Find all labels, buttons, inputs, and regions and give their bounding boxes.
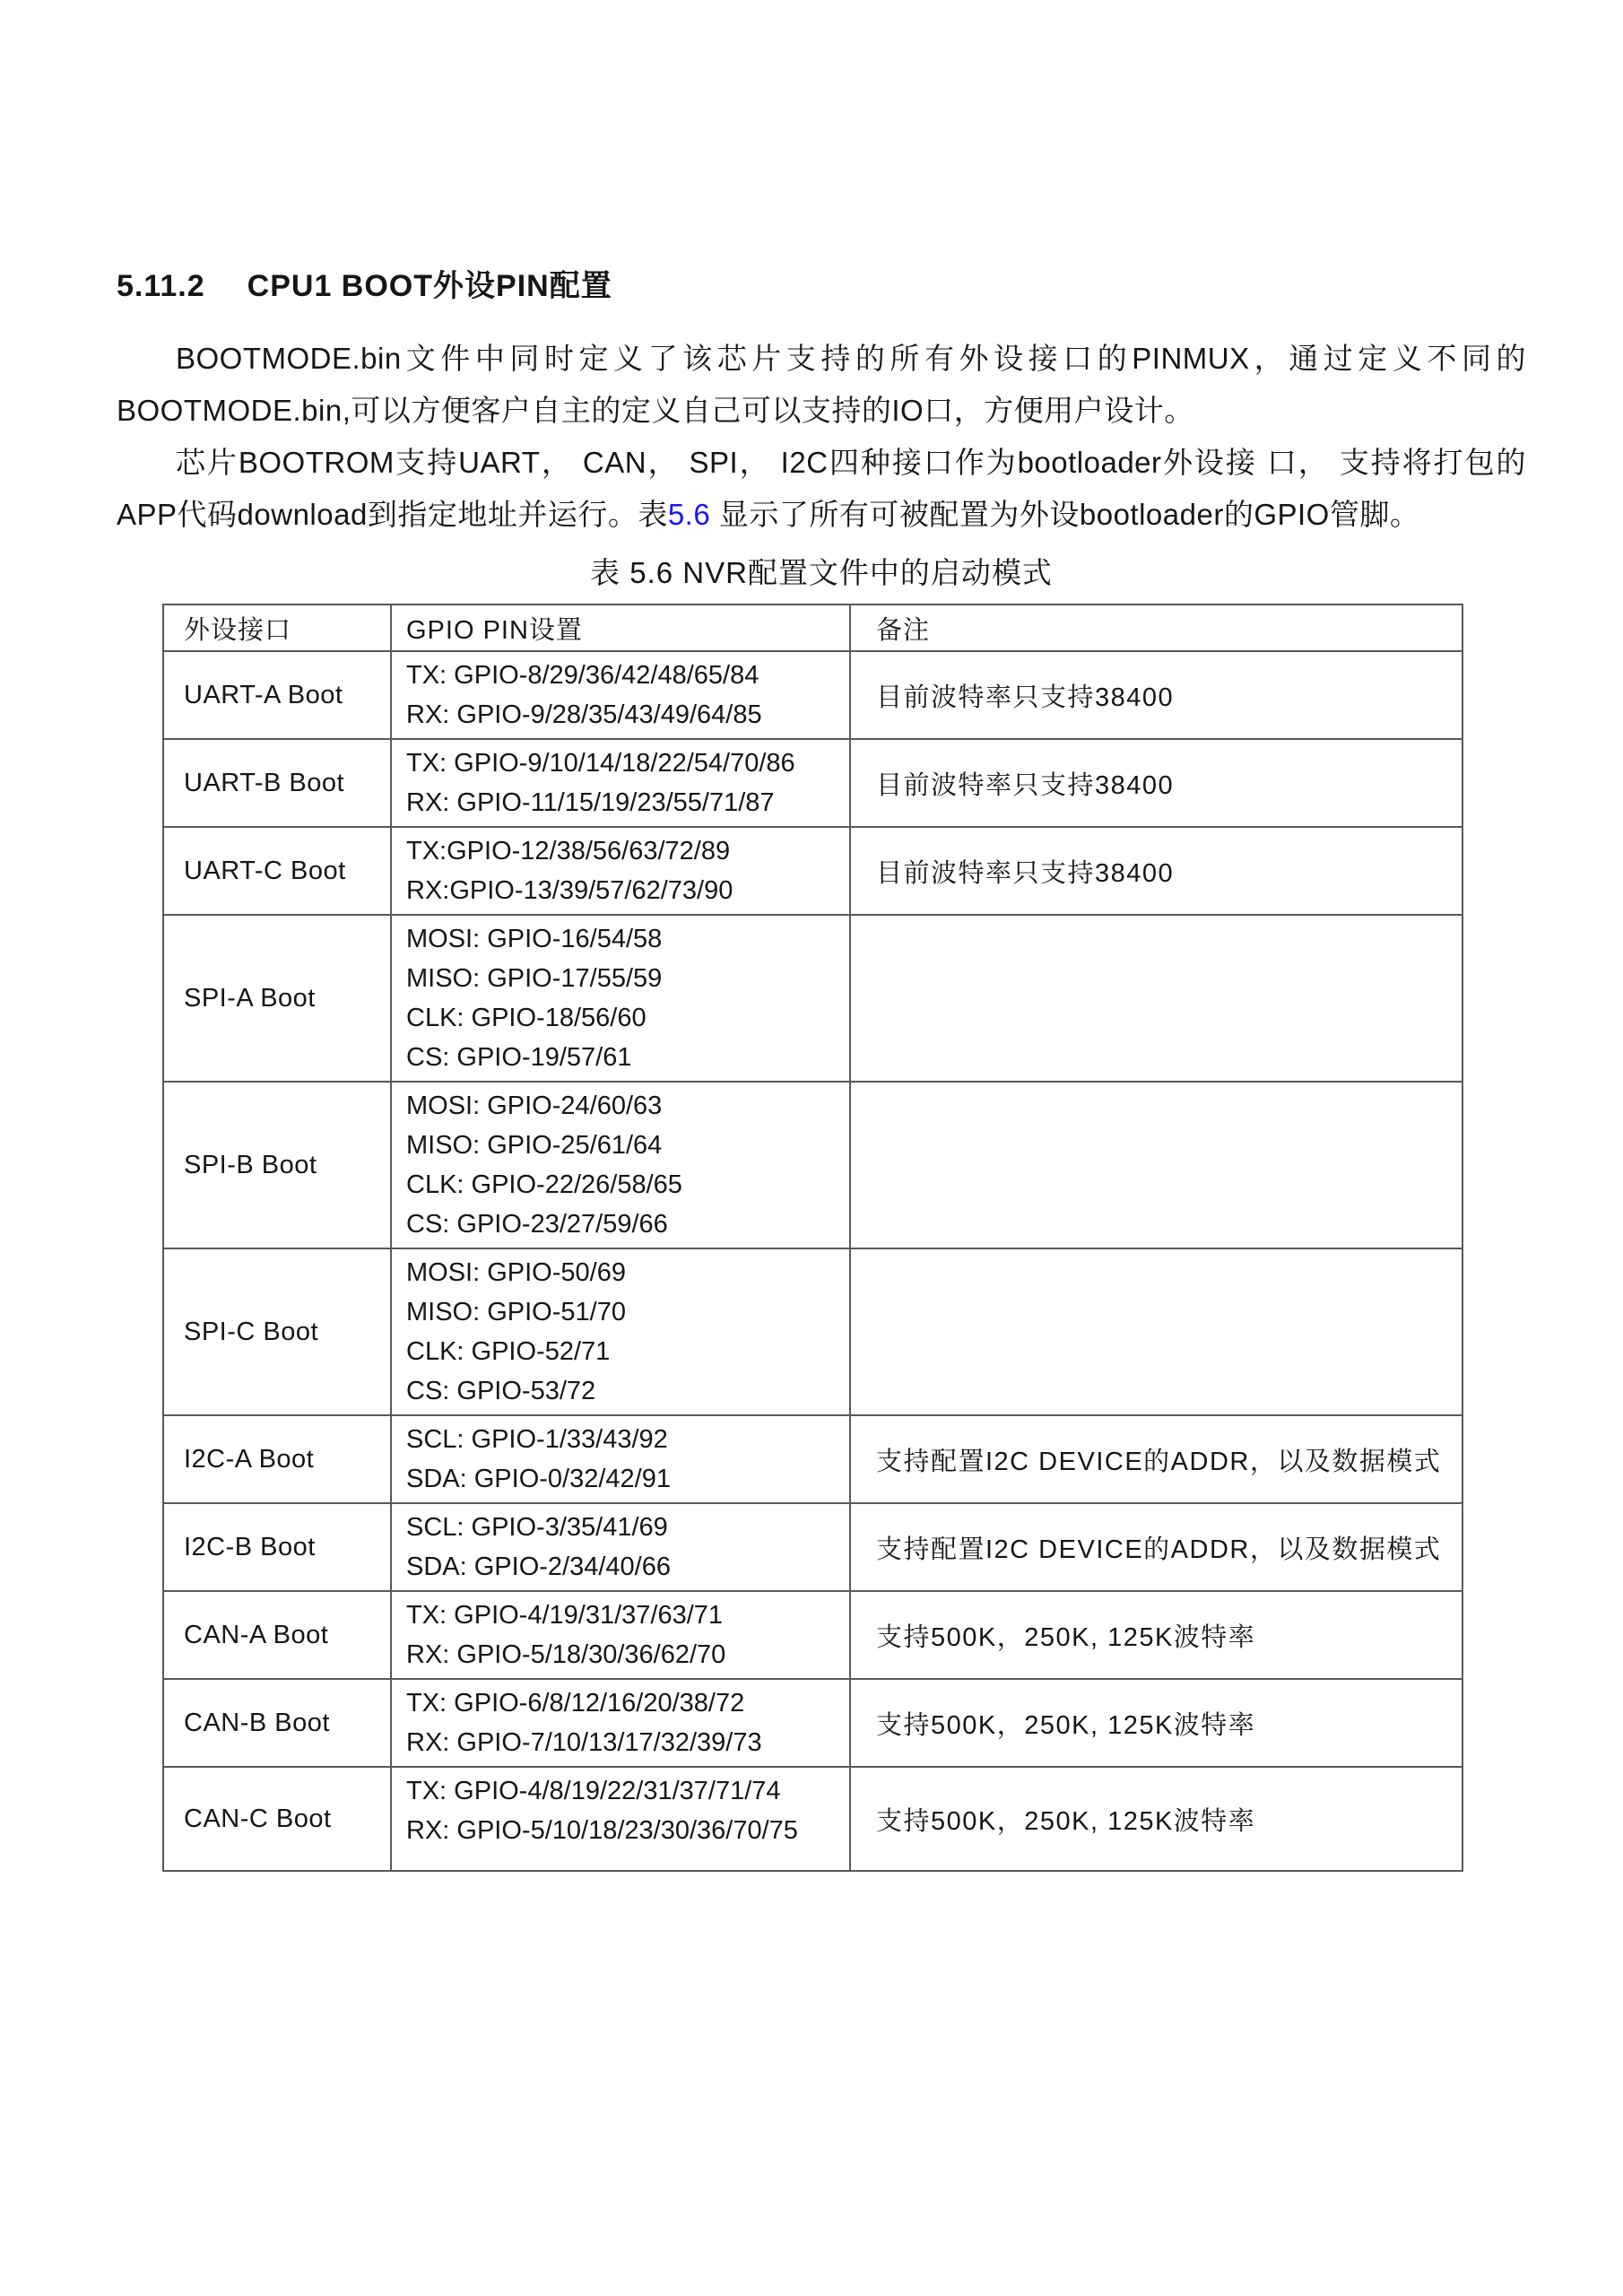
pin-line: CS: GPIO-19/57/61: [406, 1038, 849, 1077]
cell-pins: TX: GPIO-9/10/14/18/22/54/70/86RX: GPIO-…: [391, 739, 850, 827]
table-row: CAN-A BootTX: GPIO-4/19/31/37/63/71RX: G…: [163, 1591, 1462, 1679]
pin-line: TX: GPIO-4/8/19/22/31/37/71/74: [406, 1771, 849, 1811]
pin-line: MOSI: GPIO-50/69: [406, 1253, 849, 1292]
pin-line: MISO: GPIO-25/61/64: [406, 1126, 849, 1165]
pin-line: SDA: GPIO-2/34/40/66: [406, 1547, 849, 1587]
table-row: SPI-B BootMOSI: GPIO-24/60/63MISO: GPIO-…: [163, 1082, 1462, 1248]
table-row: CAN-B BootTX: GPIO-6/8/12/16/20/38/72RX:…: [163, 1679, 1462, 1767]
pin-line: SCL: GPIO-1/33/43/92: [406, 1420, 849, 1459]
cell-pins: TX:GPIO-12/38/56/63/72/89RX:GPIO-13/39/5…: [391, 827, 850, 915]
cell-remark: 目前波特率只支持38400: [850, 651, 1462, 739]
table-row: SPI-C BootMOSI: GPIO-50/69MISO: GPIO-51/…: [163, 1248, 1462, 1415]
table-row: CAN-C BootTX: GPIO-4/8/19/22/31/37/71/74…: [163, 1767, 1462, 1871]
paragraph-bootrom-text-after: 显示了所有可被配置为外设bootloader的GPIO管脚。: [710, 498, 1419, 531]
cell-remark: 支持配置I2C DEVICE的ADDR，以及数据模式: [850, 1503, 1462, 1591]
cell-pins: TX: GPIO-4/8/19/22/31/37/71/74RX: GPIO-5…: [391, 1767, 850, 1871]
cell-interface: SPI-C Boot: [163, 1248, 391, 1415]
cell-remark: 支持500K，250K, 125K波特率: [850, 1767, 1462, 1871]
cell-pins: SCL: GPIO-3/35/41/69SDA: GPIO-2/34/40/66: [391, 1503, 850, 1591]
pin-line: CLK: GPIO-22/26/58/65: [406, 1165, 849, 1205]
document-page: 5.11.2 CPU1 BOOT外设PIN配置 BOOTMODE.bin文件中同…: [0, 0, 1623, 2296]
table-row: UART-C BootTX:GPIO-12/38/56/63/72/89RX:G…: [163, 827, 1462, 915]
pin-line: RX: GPIO-11/15/19/23/55/71/87: [406, 783, 849, 822]
header-gpio-pin: GPIO PIN设置: [391, 604, 850, 651]
cell-interface: I2C-A Boot: [163, 1415, 391, 1503]
table-row: UART-B BootTX: GPIO-9/10/14/18/22/54/70/…: [163, 739, 1462, 827]
cell-interface: SPI-A Boot: [163, 915, 391, 1082]
cell-pins: MOSI: GPIO-16/54/58MISO: GPIO-17/55/59CL…: [391, 915, 850, 1082]
table-row: I2C-A BootSCL: GPIO-1/33/43/92SDA: GPIO-…: [163, 1415, 1462, 1503]
pin-line: MOSI: GPIO-24/60/63: [406, 1086, 849, 1126]
pin-line: CLK: GPIO-18/56/60: [406, 998, 849, 1038]
cell-interface: I2C-B Boot: [163, 1503, 391, 1591]
cell-pins: TX: GPIO-8/29/36/42/48/65/84RX: GPIO-9/2…: [391, 651, 850, 739]
cell-remark: [850, 1248, 1462, 1415]
pin-line: CS: GPIO-23/27/59/66: [406, 1205, 849, 1244]
pin-line: TX:GPIO-12/38/56/63/72/89: [406, 831, 849, 871]
pin-line: MISO: GPIO-17/55/59: [406, 959, 849, 998]
pin-line: MISO: GPIO-51/70: [406, 1292, 849, 1332]
paragraph-bootrom: 芯片BOOTROM支持UART， CAN， SPI， I2C四种接口作为boot…: [117, 437, 1526, 541]
cell-remark: [850, 915, 1462, 1082]
cell-interface: UART-C Boot: [163, 827, 391, 915]
pin-line: TX: GPIO-9/10/14/18/22/54/70/86: [406, 744, 849, 783]
header-remark: 备注: [850, 604, 1462, 651]
pin-line: RX: GPIO-5/10/18/23/30/36/70/75: [406, 1811, 849, 1850]
cell-pins: TX: GPIO-4/19/31/37/63/71RX: GPIO-5/18/3…: [391, 1591, 850, 1679]
table-ref-link[interactable]: 5.6: [668, 498, 710, 531]
pin-line: TX: GPIO-4/19/31/37/63/71: [406, 1596, 849, 1635]
page-content: 5.11.2 CPU1 BOOT外设PIN配置 BOOTMODE.bin文件中同…: [0, 0, 1623, 1872]
pin-line: MOSI: GPIO-16/54/58: [406, 919, 849, 959]
pin-line: CLK: GPIO-52/71: [406, 1332, 849, 1371]
pin-line: RX: GPIO-9/28/35/43/49/64/85: [406, 695, 849, 735]
pin-line: SDA: GPIO-0/32/42/91: [406, 1459, 849, 1499]
table-caption: 表 5.6 NVR配置文件中的启动模式: [117, 553, 1526, 593]
table-row: UART-A BootTX: GPIO-8/29/36/42/48/65/84R…: [163, 651, 1462, 739]
cell-pins: TX: GPIO-6/8/12/16/20/38/72RX: GPIO-7/10…: [391, 1679, 850, 1767]
cell-pins: MOSI: GPIO-24/60/63MISO: GPIO-25/61/64CL…: [391, 1082, 850, 1248]
cell-interface: SPI-B Boot: [163, 1082, 391, 1248]
cell-pins: SCL: GPIO-1/33/43/92SDA: GPIO-0/32/42/91: [391, 1415, 850, 1503]
cell-remark: 支持配置I2C DEVICE的ADDR，以及数据模式: [850, 1415, 1462, 1503]
pin-line: RX: GPIO-7/10/13/17/32/39/73: [406, 1723, 849, 1762]
boot-table-body: UART-A BootTX: GPIO-8/29/36/42/48/65/84R…: [163, 651, 1462, 1871]
cell-interface: UART-A Boot: [163, 651, 391, 739]
cell-remark: [850, 1082, 1462, 1248]
section-heading: 5.11.2 CPU1 BOOT外设PIN配置: [117, 266, 1526, 306]
cell-interface: CAN-C Boot: [163, 1767, 391, 1871]
cell-interface: CAN-B Boot: [163, 1679, 391, 1767]
cell-interface: UART-B Boot: [163, 739, 391, 827]
pin-line: TX: GPIO-8/29/36/42/48/65/84: [406, 656, 849, 695]
cell-remark: 目前波特率只支持38400: [850, 827, 1462, 915]
table-row: SPI-A BootMOSI: GPIO-16/54/58MISO: GPIO-…: [163, 915, 1462, 1082]
paragraph-bootmode-text: BOOTMODE.bin文件中同时定义了该芯片支持的所有外设接口的PINMUX，…: [117, 342, 1526, 427]
pin-line: SCL: GPIO-3/35/41/69: [406, 1508, 849, 1547]
cell-remark: 支持500K，250K, 125K波特率: [850, 1679, 1462, 1767]
paragraph-bootmode: BOOTMODE.bin文件中同时定义了该芯片支持的所有外设接口的PINMUX，…: [117, 333, 1526, 437]
pin-line: RX:GPIO-13/39/57/62/73/90: [406, 871, 849, 910]
pin-line: CS: GPIO-53/72: [406, 1371, 849, 1411]
table-header-row: 外设接口 GPIO PIN设置 备注: [163, 604, 1462, 651]
table-row: I2C-B BootSCL: GPIO-3/35/41/69SDA: GPIO-…: [163, 1503, 1462, 1591]
section-number: 5.11.2: [117, 266, 205, 306]
boot-mode-table: 外设接口 GPIO PIN设置 备注 UART-A BootTX: GPIO-8…: [162, 604, 1463, 1872]
cell-remark: 目前波特率只支持38400: [850, 739, 1462, 827]
pin-line: TX: GPIO-6/8/12/16/20/38/72: [406, 1683, 849, 1723]
section-title: CPU1 BOOT外设PIN配置: [247, 266, 612, 306]
pin-line: RX: GPIO-5/18/30/36/62/70: [406, 1635, 849, 1674]
cell-pins: MOSI: GPIO-50/69MISO: GPIO-51/70CLK: GPI…: [391, 1248, 850, 1415]
cell-interface: CAN-A Boot: [163, 1591, 391, 1679]
cell-remark: 支持500K，250K, 125K波特率: [850, 1591, 1462, 1679]
header-interface: 外设接口: [163, 604, 391, 651]
